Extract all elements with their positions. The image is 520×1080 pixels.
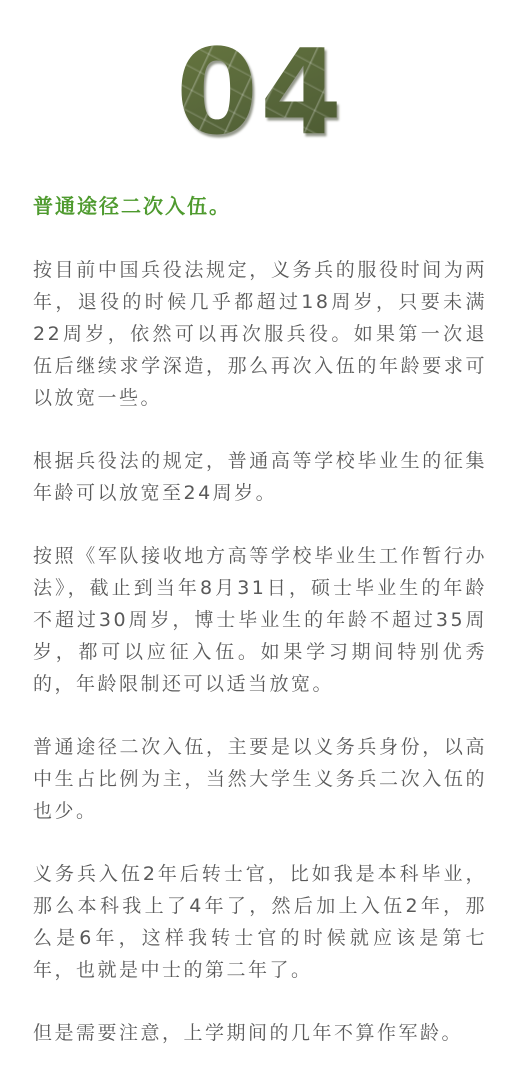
article-page: 04 普通途径二次入伍。 按目前中国兵役法规定，义务兵的服役时间为两年，退役的时… [0,0,520,1080]
section-number-block: 04 [0,0,520,148]
paragraph: 普通途径二次入伍，主要是以义务兵身份，以高中生占比例为主，当然大学生义务兵二次入… [33,731,487,827]
section-heading: 普通途径二次入伍。 [33,192,487,220]
section-number: 04 [176,36,344,148]
paragraph: 义务兵入伍2年后转士官，比如我是本科毕业，那么本科我上了4年了，然后加上入伍2年… [33,858,487,986]
paragraph: 但是需要注意，上学期间的几年不算作军龄。 [33,1017,487,1049]
paragraph: 根据兵役法的规定，普通高等学校毕业生的征集年龄可以放宽至24周岁。 [33,445,487,509]
article-body: 普通途径二次入伍。 按目前中国兵役法规定，义务兵的服役时间为两年，退役的时候几乎… [0,192,520,1049]
paragraph: 按照《军队接收地方高等学校毕业生工作暂行办法》，截止到当年8月31日，硕士毕业生… [33,540,487,700]
paragraph: 按目前中国兵役法规定，义务兵的服役时间为两年，退役的时候几乎都超过18周岁，只要… [33,254,487,414]
